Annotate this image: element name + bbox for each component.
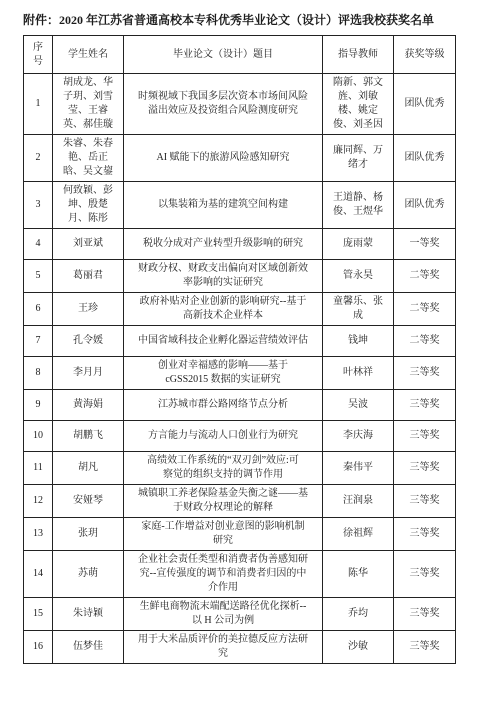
- cell-serial-number: 6: [24, 293, 53, 326]
- cell-serial-number: 10: [24, 421, 53, 452]
- table-row: 16伍梦佳用于大米品质评价的美拉德反应方法研 究沙敏三等奖: [24, 631, 456, 664]
- cell-student-names: 刘亚斌: [53, 229, 124, 260]
- cell-advisors: 徐祖辉: [323, 518, 394, 551]
- col-header-award-level: 获奖等级: [394, 36, 456, 74]
- cell-advisors: 王道静、杨 俊、王煜华: [323, 182, 394, 229]
- cell-student-names: 王珍: [53, 293, 124, 326]
- cell-student-names: 李月月: [53, 357, 124, 390]
- table-row: 10胡鹏飞方言能力与流动人口创业行为研究李庆海三等奖: [24, 421, 456, 452]
- cell-award-level: 三等奖: [394, 598, 456, 631]
- cell-advisors: 汪润泉: [323, 485, 394, 518]
- cell-serial-number: 2: [24, 135, 53, 182]
- cell-student-names: 胡凡: [53, 452, 124, 485]
- table-row: 5葛丽君财政分权、财政支出偏向对区域创新效 率影响的实证研究管永昊二等奖: [24, 260, 456, 293]
- cell-advisors: 廉同辉、万 绪才: [323, 135, 394, 182]
- cell-award-level: 三等奖: [394, 390, 456, 421]
- col-header-advisors: 指导教师: [323, 36, 394, 74]
- table-row: 8李月月创业对幸福感的影响——基于 cGSS2015 数据的实证研究叶林祥三等奖: [24, 357, 456, 390]
- cell-serial-number: 5: [24, 260, 53, 293]
- cell-thesis-title: 财政分权、财政支出偏向对区域创新效 率影响的实证研究: [124, 260, 323, 293]
- table-row: 1胡成龙、华 子玥、刘雪 莹、王睿 英、郝佳璇时频视域下我国多层次资本市场间风险…: [24, 74, 456, 135]
- table-row: 12安娅琴城镇职工养老保险基金失衡之谜——基 于财政分权理论的解释汪润泉三等奖: [24, 485, 456, 518]
- table-row: 6王珍政府补贴对企业创新的影响研究--基于 高新技术企业样本童馨乐、张 成二等奖: [24, 293, 456, 326]
- cell-serial-number: 9: [24, 390, 53, 421]
- award-list-table: 序 号 学生姓名 毕业论文（设计）题目 指导教师 获奖等级 1胡成龙、华 子玥、…: [23, 35, 456, 664]
- cell-student-names: 黄海娟: [53, 390, 124, 421]
- cell-student-names: 朱睿、朱春 艳、岳正 晗、吴文鋆: [53, 135, 124, 182]
- cell-award-level: 三等奖: [394, 485, 456, 518]
- cell-advisors: 庞雨蒙: [323, 229, 394, 260]
- cell-student-names: 胡成龙、华 子玥、刘雪 莹、王睿 英、郝佳璇: [53, 74, 124, 135]
- cell-serial-number: 15: [24, 598, 53, 631]
- attachment-title: 附件：2020 年江苏省普通高校本专科优秀毕业论文（设计）评选我校获奖名单: [23, 13, 477, 28]
- table-header: 序 号 学生姓名 毕业论文（设计）题目 指导教师 获奖等级: [24, 36, 456, 74]
- cell-thesis-title: AI 赋能下的旅游风险感知研究: [124, 135, 323, 182]
- cell-serial-number: 16: [24, 631, 53, 664]
- cell-advisors: 钱坤: [323, 326, 394, 357]
- cell-thesis-title: 用于大米品质评价的美拉德反应方法研 究: [124, 631, 323, 664]
- cell-thesis-title: 江苏城市群公路网络节点分析: [124, 390, 323, 421]
- award-table-body: 1胡成龙、华 子玥、刘雪 莹、王睿 英、郝佳璇时频视域下我国多层次资本市场间风险…: [24, 74, 456, 664]
- cell-advisors: 吴波: [323, 390, 394, 421]
- cell-serial-number: 8: [24, 357, 53, 390]
- cell-award-level: 三等奖: [394, 452, 456, 485]
- cell-student-names: 伍梦佳: [53, 631, 124, 664]
- cell-student-names: 何致颖、彭 坤、殷楚 月、陈彤: [53, 182, 124, 229]
- cell-award-level: 团队优秀: [394, 74, 456, 135]
- cell-student-names: 胡鹏飞: [53, 421, 124, 452]
- cell-advisors: 乔均: [323, 598, 394, 631]
- cell-award-level: 一等奖: [394, 229, 456, 260]
- cell-serial-number: 11: [24, 452, 53, 485]
- cell-student-names: 葛丽君: [53, 260, 124, 293]
- cell-advisors: 沙敏: [323, 631, 394, 664]
- cell-student-names: 安娅琴: [53, 485, 124, 518]
- cell-serial-number: 14: [24, 551, 53, 598]
- cell-advisors: 叶林祥: [323, 357, 394, 390]
- cell-thesis-title: 税收分成对产业转型升级影响的研究: [124, 229, 323, 260]
- cell-advisors: 秦伟平: [323, 452, 394, 485]
- cell-student-names: 张玥: [53, 518, 124, 551]
- table-row: 3何致颖、彭 坤、殷楚 月、陈彤以集装箱为基的建筑空间构建王道静、杨 俊、王煜华…: [24, 182, 456, 229]
- table-row: 11胡凡高绩效工作系统的“双刃剑”效应:可 察觉的组织支持的调节作用秦伟平三等奖: [24, 452, 456, 485]
- cell-advisors: 管永昊: [323, 260, 394, 293]
- cell-award-level: 三等奖: [394, 551, 456, 598]
- cell-award-level: 团队优秀: [394, 182, 456, 229]
- header-row: 序 号 学生姓名 毕业论文（设计）题目 指导教师 获奖等级: [24, 36, 456, 74]
- table-row: 15朱诗颖生鲜电商物流末端配送路径优化探析-- 以 H 公司为例乔均三等奖: [24, 598, 456, 631]
- cell-advisors: 童馨乐、张 成: [323, 293, 394, 326]
- cell-serial-number: 3: [24, 182, 53, 229]
- table-row: 13张玥家庭-工作增益对创业意图的影响机制 研究徐祖辉三等奖: [24, 518, 456, 551]
- cell-award-level: 二等奖: [394, 260, 456, 293]
- cell-student-names: 孔令媛: [53, 326, 124, 357]
- cell-serial-number: 13: [24, 518, 53, 551]
- cell-advisors: 李庆海: [323, 421, 394, 452]
- cell-thesis-title: 企业社会责任类型和消费者伪善感知研 究--宣传强度的调节和消费者归因的中 介作用: [124, 551, 323, 598]
- cell-award-level: 三等奖: [394, 631, 456, 664]
- cell-thesis-title: 以集装箱为基的建筑空间构建: [124, 182, 323, 229]
- cell-advisors: 隋新、郭文 旌、刘敏 楼、姚定 俊、刘圣因: [323, 74, 394, 135]
- cell-award-level: 二等奖: [394, 326, 456, 357]
- cell-thesis-title: 城镇职工养老保险基金失衡之谜——基 于财政分权理论的解释: [124, 485, 323, 518]
- cell-serial-number: 4: [24, 229, 53, 260]
- cell-award-level: 三等奖: [394, 518, 456, 551]
- table-row: 2朱睿、朱春 艳、岳正 晗、吴文鋆AI 赋能下的旅游风险感知研究廉同辉、万 绪才…: [24, 135, 456, 182]
- cell-thesis-title: 中国省域科技企业孵化器运营绩效评估: [124, 326, 323, 357]
- col-header-student-names: 学生姓名: [53, 36, 124, 74]
- col-header-thesis-title: 毕业论文（设计）题目: [124, 36, 323, 74]
- cell-award-level: 二等奖: [394, 293, 456, 326]
- document-page: 附件：2020 年江苏省普通高校本专科优秀毕业论文（设计）评选我校获奖名单 序 …: [0, 0, 477, 664]
- cell-thesis-title: 生鲜电商物流末端配送路径优化探析-- 以 H 公司为例: [124, 598, 323, 631]
- cell-thesis-title: 高绩效工作系统的“双刃剑”效应:可 察觉的组织支持的调节作用: [124, 452, 323, 485]
- cell-award-level: 三等奖: [394, 421, 456, 452]
- cell-thesis-title: 政府补贴对企业创新的影响研究--基于 高新技术企业样本: [124, 293, 323, 326]
- table-row: 9黄海娟江苏城市群公路网络节点分析吴波三等奖: [24, 390, 456, 421]
- table-row: 7孔令媛中国省域科技企业孵化器运营绩效评估钱坤二等奖: [24, 326, 456, 357]
- table-row: 4刘亚斌税收分成对产业转型升级影响的研究庞雨蒙一等奖: [24, 229, 456, 260]
- cell-serial-number: 7: [24, 326, 53, 357]
- cell-student-names: 朱诗颖: [53, 598, 124, 631]
- cell-thesis-title: 创业对幸福感的影响——基于 cGSS2015 数据的实证研究: [124, 357, 323, 390]
- col-header-serial-number: 序 号: [24, 36, 53, 74]
- cell-thesis-title: 家庭-工作增益对创业意图的影响机制 研究: [124, 518, 323, 551]
- cell-thesis-title: 方言能力与流动人口创业行为研究: [124, 421, 323, 452]
- cell-serial-number: 1: [24, 74, 53, 135]
- cell-award-level: 三等奖: [394, 357, 456, 390]
- cell-serial-number: 12: [24, 485, 53, 518]
- cell-advisors: 陈华: [323, 551, 394, 598]
- cell-thesis-title: 时频视域下我国多层次资本市场间风险 溢出效应及投资组合风险测度研究: [124, 74, 323, 135]
- table-row: 14苏萌企业社会责任类型和消费者伪善感知研 究--宣传强度的调节和消费者归因的中…: [24, 551, 456, 598]
- cell-award-level: 团队优秀: [394, 135, 456, 182]
- cell-student-names: 苏萌: [53, 551, 124, 598]
